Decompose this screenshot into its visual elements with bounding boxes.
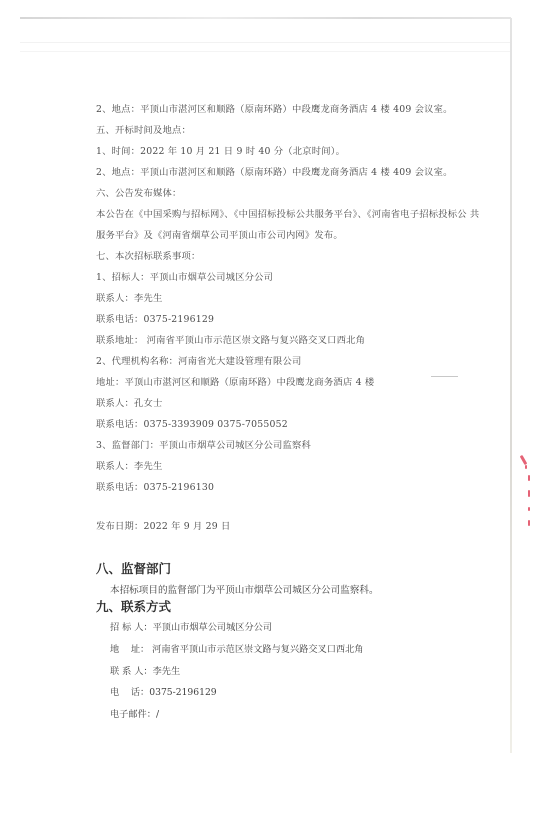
section-5-title: 五、开标时间及地点： (96, 125, 191, 137)
tenderer-contact: 联系人：李先生 (96, 293, 162, 305)
agency-name: 2、代理机构名称：河南省光大建设管理有限公司 (96, 356, 302, 368)
contact-value: 河南省平顶山市示范区崇文路与复兴路交叉口西北角 (149, 644, 363, 655)
supervisor-phone: 联系电话：0375-2196130 (96, 482, 214, 494)
contact-value: 0375-2196129 (149, 687, 216, 698)
agency-address: 地址：平顶山市湛河区和顺路（原南环路）中段鹰龙商务酒店 4 楼 (96, 377, 374, 389)
contact-row-tenderer: 招 标 人：平顶山市烟草公司城区分公司 (110, 619, 272, 633)
section-6-title: 六、公告发布媒体： (96, 188, 181, 200)
tenderer-phone: 联系电话：0375-2196129 (96, 314, 214, 326)
contact-row-phone: 电 话：0375-2196129 (110, 684, 217, 698)
supervisor-contact: 联系人：李先生 (96, 461, 162, 473)
tenderer-address: 联系地址： 河南省平顶山市示范区崇文路与复兴路交叉口西北角 (96, 335, 365, 347)
contact-label: 联 系 人： (110, 663, 153, 677)
faint-scan-line (20, 51, 510, 52)
contact-row-person: 联 系 人：李先生 (110, 663, 180, 677)
section-8-heading: 八、监督部门 (96, 559, 171, 577)
page-right-border (510, 18, 512, 753)
opening-prev-location: 2、地点：平顶山市湛河区和顺路（原南环路）中段鹰龙商务酒店 4 楼 409 会议… (96, 104, 453, 116)
section-7-title: 七、本次招标联系事项： (96, 251, 200, 263)
section-8-body: 本招标项目的监督部门为平顶山市烟草公司城区分公司监察科。 (110, 582, 379, 596)
contact-row-address: 地 址： 河南省平顶山市示范区崇文路与复兴路交叉口西北角 (110, 641, 363, 655)
scan-artifact (431, 376, 458, 377)
contact-label: 地 址： (110, 641, 149, 655)
contact-row-email: 电子邮件：/ (110, 706, 159, 720)
section-5-time: 1、时间：2022 年 10 月 21 日 9 时 40 分（北京时间）。 (96, 146, 345, 158)
contact-label: 电 话： (110, 684, 149, 698)
page-top-border (20, 17, 511, 19)
contact-value: 李先生 (153, 666, 181, 677)
section-5-location: 2、地点：平顶山市湛河区和顺路（原南环路）中段鹰龙商务酒店 4 楼 409 会议… (96, 167, 453, 179)
agency-contact: 联系人：孔女士 (96, 398, 162, 410)
red-seal-fragment (522, 455, 530, 530)
section-6-line2: 服务平台》及《河南省烟草公司平顶山市公司内网》发布。 (96, 230, 343, 242)
agency-phone: 联系电话：0375-3393909 0375-7055052 (96, 419, 288, 431)
publish-date: 发布日期：2022 年 9 月 29 日 (96, 521, 231, 533)
contact-label: 电子邮件： (110, 706, 156, 720)
tenderer-name: 1、招标人：平顶山市烟草公司城区分公司 (96, 272, 273, 284)
section-6-line1: 本公告在《中国采购与招标网》、《中国招标投标公共服务平台》、《河南省电子招标投标… (96, 209, 479, 221)
contact-label: 招 标 人： (110, 619, 153, 633)
section-9-heading: 九、联系方式 (96, 597, 171, 615)
faint-scan-line (20, 42, 510, 43)
supervisor-dept: 3、监督部门：平顶山市烟草公司城区分公司监察科 (96, 440, 311, 452)
contact-value: 平顶山市烟草公司城区分公司 (153, 622, 272, 633)
contact-value: / (156, 709, 159, 720)
